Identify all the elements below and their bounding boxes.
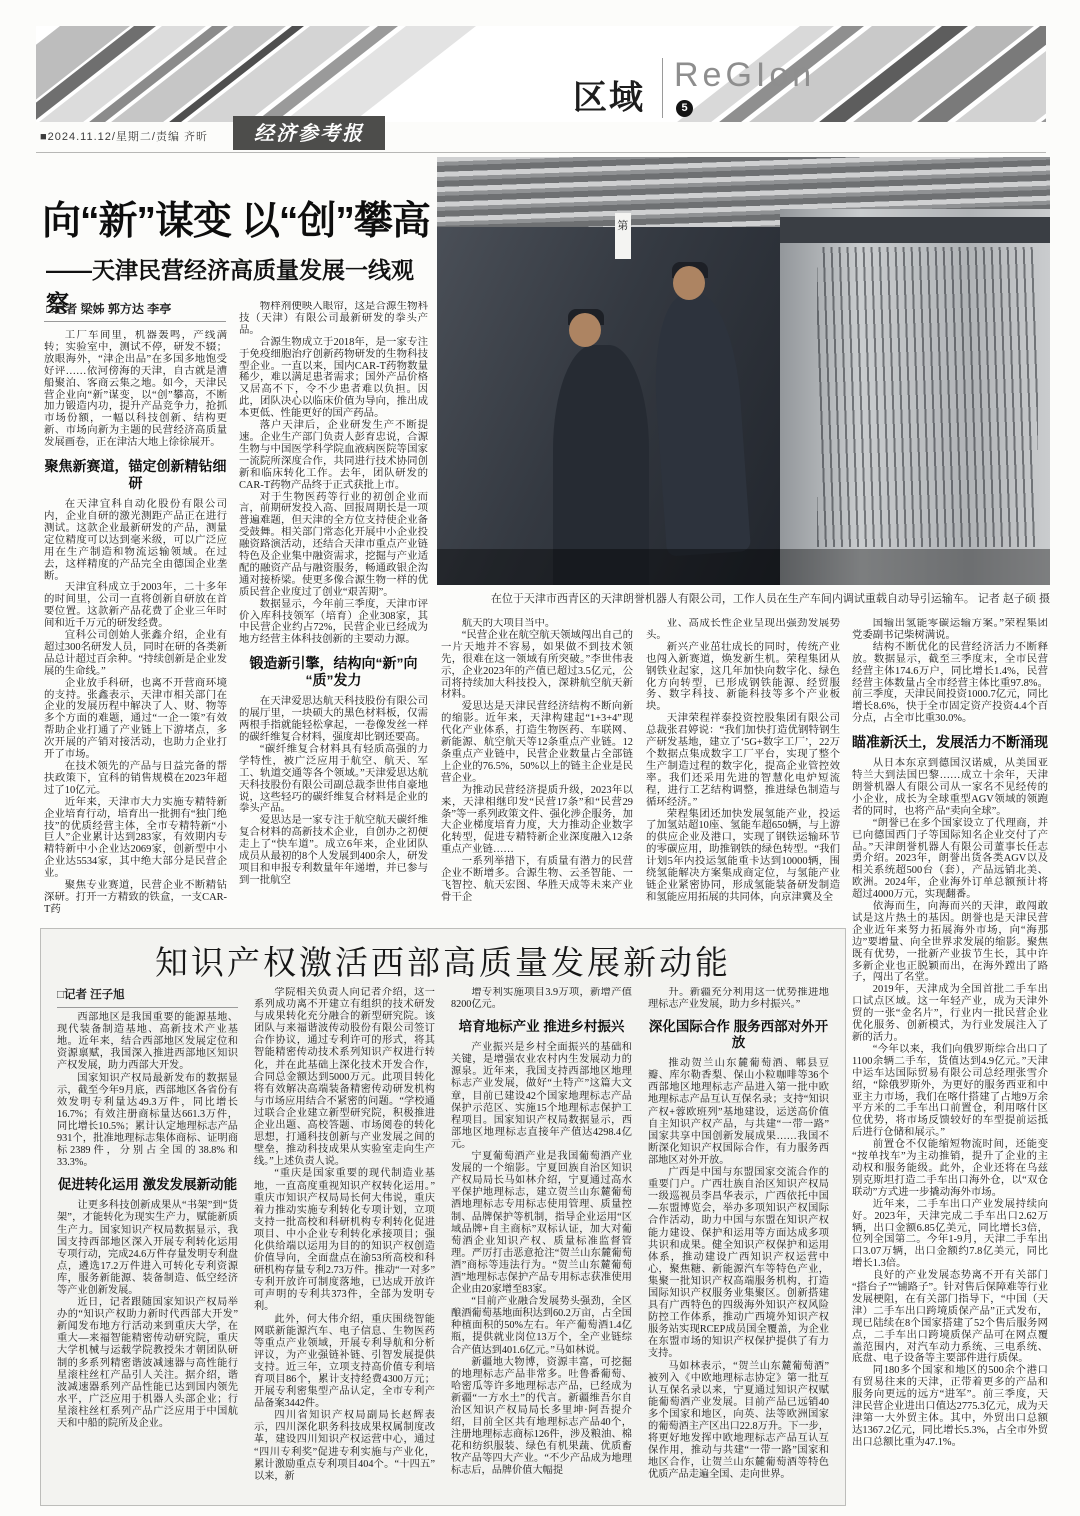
body-paragraph: 在天津爱思达航天科技股份有限公司的展厅里，一块硕大的黑色材料板，仅需两根手指就能… (239, 696, 428, 744)
body-paragraph: 升。新疆充分利用这一优势推进地理标志产业发展，助力乡村振兴。” (648, 987, 829, 1011)
column-subhead: 培育地标产业 推进乡村振兴 (451, 1019, 632, 1035)
article1-column-3: 航天的大项目当中。“民营企业在航空航天领域闯出自己的一片天地并不容易，如果做不到… (441, 618, 633, 927)
date-line: ■2024.11.12/星期二/责编 齐昕 (40, 128, 208, 144)
body-paragraph: 宜科公司创始人张鑫介绍，企业有超过300名研发人员，同时在研的各类新品总计超过百… (44, 630, 227, 678)
body-paragraph: “目前产业融合发展势头强劲，全区酿酒葡萄基地面积达到60.2万亩，占全国种植面积… (451, 1296, 632, 1356)
section-title-en: ReGIon (674, 56, 815, 95)
column-subhead: 瞄准新沃土，发展活力不断涌现 (852, 734, 1048, 751)
photo-caption: 在位于天津市西青区的天津朗誉机器人有限公司，工作人员在生产车间内调试重载自动导引… (437, 590, 1050, 606)
body-paragraph: 依海而生，向海而兴的天津，敢闯敢试是这片热土的基因。朗誉也是天津民营企业近年来努… (852, 901, 1048, 984)
body-paragraph: 荣程集团还加快发展氢能产业，投运了加氢站超10座、氢能车超650辆，与上游的供应… (646, 809, 840, 904)
article1-column-4: 业、高成长性企业呈现出强劲发展势头。新兴产业茁壮成长的同时，传统产业也闯入新赛道… (646, 618, 840, 927)
photo-cabinet-band (780, 217, 1050, 243)
body-paragraph: 良好的产业发展态势离不开有关部门“搭台子”“铺路子”。针对售后保障难等行业发展梗… (852, 1270, 1048, 1365)
body-paragraph: 天津宜科成立于2003年，二十多年的时间里，公司一直将创新自研放在首要位置。这款… (44, 582, 227, 630)
body-paragraph: “碳纤维复合材料具有轻质高强的力学特性，被广泛应用于航空、航天、军工、轨道交通等… (239, 744, 428, 815)
body-paragraph: 推动贺兰山东麓葡萄酒、郫县豆瓣、库尔勒香梨、保山小粒咖啡等36个西部地区地理标志… (648, 1058, 829, 1167)
body-paragraph: 学院相关负责人向记者介绍，这一系列成功离不开建立有组织的技术研发与成果转化充分融… (254, 987, 435, 1168)
body-paragraph: 同180多个国家和地区的500余个港口有贸易往来的天津，正带着更多的产品和服务向… (852, 1365, 1048, 1448)
body-paragraph: 一系列举措下，有质量有潜力的民营企业不断增多。合源生物、云圣智能、一飞智控、航天… (441, 856, 633, 904)
article1-column-5: 国输出氢能零碳运输方案。”荣程集团党委副书记柴树满说。结构不断优化的民营经济活力… (852, 618, 1048, 1506)
header-rule (36, 152, 1046, 153)
body-paragraph: 此外，何大伟介绍，重庆围绕智能网联新能源汽车、电子信息、生物医药等重点产业领域，… (254, 1314, 435, 1411)
body-paragraph: 西部地区是我国重要的能源基地、现代装备制造基地、高新技术产业基地。近年来，结合西… (57, 1012, 238, 1072)
column-subhead: 深化国际合作 服务西部对外开放 (648, 1019, 829, 1051)
body-paragraph: 落户天津后，企业研发生产不断提速。企业生产部门负责人彭育忠说，合源生物与中国医学… (239, 420, 428, 491)
body-paragraph: “重庆是国家重要的现代制造业基地，一直高度重视知识产权转化运用。”重庆市知识产权… (254, 1168, 435, 1313)
body-paragraph: 数据显示，今年前三季度，天津市评价入库科技领军（培育）企业308家，其中民营企业… (239, 599, 428, 647)
photo-worker-head (673, 266, 705, 300)
article2-column-1-body: 西部地区是我国重要的能源基地、现代装备制造基地、高新技术产业基地。近年来，结合西… (57, 1012, 238, 1430)
article2-column-1: □记者 汪子旭 西部地区是我国重要的能源基地、现代装备制造基地、高新技术产业基地… (57, 987, 238, 1495)
article2-headline: 知识产权激活西部高质量发展新动能 (41, 937, 845, 984)
column-subhead: 锻造新引擎，结构向“新”向“质”发力 (239, 655, 428, 689)
body-paragraph: 对于生物医药等行业的初创企业而言，前期研发投入高、回报周期长是一项普遍难题，但天… (239, 492, 428, 599)
body-paragraph: 天津荣程祥泰投资控股集团有限公司总裁张君婷说：“我们加快打造优钢特钢生产研发基地… (646, 713, 840, 808)
section-divider (662, 58, 663, 118)
body-paragraph: 前置仓不仅能缩短物流时间，还能变“按单找车”为主动推销，提升了企业的主动权和服务… (852, 1139, 1048, 1199)
article1-headline: 向“新”谋变 以“创”攀高 (42, 190, 434, 246)
body-paragraph: 从日本东京到德国汉诺威，从美国亚特兰大到法国巴黎……成立十余年，天津朗誉机器人有… (852, 758, 1048, 818)
section-title-cn: 区域 (573, 70, 645, 119)
body-paragraph: 近日，记者跟随国家知识产权局举办的“知识产权助力新时代西部大开发”新闻发布地方行… (57, 1297, 238, 1430)
body-paragraph: 马如林表示，“贺兰山东麓葡萄酒”被列入《中欧地理标志协定》第一批互认互保名录以来… (648, 1361, 829, 1482)
body-paragraph: 广西是中国与东盟国家交流合作的重要门户。广西壮族自治区知识产权局一级巡视员李昌华… (648, 1167, 829, 1361)
body-paragraph: 新兴产业茁壮成长的同时，传统产业也闯入新赛道，焕发新生机。荣程集团从钢铁业起家，… (646, 642, 840, 713)
body-paragraph: 宁夏葡萄酒产业是我国葡萄酒产业发展的一个缩影。宁夏回族自治区知识产权局局长马如林… (451, 1151, 632, 1296)
news-photo: 第 (437, 157, 1050, 585)
body-paragraph: 让更多科技创新成果从“书架”到“货架”，才能转化为现实生产力，赋能新质生产力。国… (57, 1200, 238, 1297)
body-paragraph: 国家知识产权局最新发布的数据显示，截至今年9月底，西部地区各省份有效发明专利量达… (57, 1073, 238, 1170)
banner-graphic: 区域 ReGIon 5 (36, 26, 1046, 122)
article1-byline: □记者 梁姊 郭方达 李亭 (46, 300, 226, 317)
photo-floor-shadow (437, 549, 1050, 585)
photo-wires (817, 247, 1038, 547)
body-paragraph: 近年来，二手车出口产业发展持续向好。2023年，天津完成二手车出口2.62万辆，… (852, 1199, 1048, 1270)
body-paragraph: 增专利实施项目3.9万项，新增产值8200亿元。 (451, 987, 632, 1011)
article1-column-1: 工厂车间里，机器轰鸣，产线满转；实验室中，测试不停，研发不辍；放眼海外，“津企出… (44, 330, 227, 927)
body-paragraph: 2019年，天津成为全国首批二手车出口试点区域。这一年轻产业，成为天津外贸的一张… (852, 984, 1048, 1044)
body-paragraph: 国输出氢能零碳运输方案。”荣程集团党委副书记柴树满说。 (852, 618, 1048, 642)
body-paragraph: 合源生物成立于2018年，是一家专注于免疫细胞治疗创新药物研发的生物科技型企业。… (239, 337, 428, 420)
column-subhead: 聚焦新赛道，锚定创新精钻细研 (44, 458, 227, 492)
column-subhead: 促进转化运用 激发发展新动能 (57, 1177, 238, 1193)
article2-column-2: 学院相关负责人向记者介绍，这一系列成功离不开建立有组织的技术研发与成果转化充分融… (254, 987, 435, 1495)
body-paragraph: 四川省知识产权局副局长赵辉表示，四川深化职务科技成果权属制度改革，建设四川知识产… (254, 1410, 435, 1483)
article2-column-4: 升。新疆充分利用这一优势推进地理标志产业发展，助力乡村振兴。”深化国际合作 服务… (648, 987, 829, 1495)
body-paragraph: 物样剂便映入眼帘，这是合源生物科技（天津）有限公司最新研发的拳头产品。 (239, 301, 428, 337)
body-paragraph: 企业放手科研，也离不开营商环境的支持。张鑫表示，天津市相关部门在企业的发展历程中… (44, 678, 227, 761)
body-paragraph: 聚焦专业赛道，民营企业不断精钻深研。打开一方精致的铁盒，一支CAR-T药 (44, 880, 227, 916)
article2-column-3: 增专利实施项目3.9万项，新增产值8200亿元。培育地标产业 推进乡村振兴产业振… (451, 987, 632, 1495)
newspaper-page: 区域 ReGIon 5 ■2024.11.12/星期二/责编 齐昕 经济参考报 … (0, 0, 1080, 1516)
article2-box: 知识产权激活西部高质量发展新动能 □记者 汪子旭 西部地区是我国重要的能源基地、… (40, 928, 846, 1506)
byline-rule (44, 321, 226, 322)
body-paragraph: 结构不断优化的民营经济活力不断释放。数据显示，截至三季度末，全市民营经营主体17… (852, 642, 1048, 725)
body-paragraph: 在天津宜科自动化股份有限公司内，企业自研的激光测距产品正在进行测试。这款企业最新… (44, 499, 227, 582)
body-paragraph: 为推动民营经济提质升级，2023年以来，天津相继印发“民营17条”和“民营29条… (441, 785, 633, 856)
body-paragraph: 业、高成长性企业呈现出强劲发展势头。 (646, 618, 840, 642)
body-paragraph: “朗誉已在多个国家设立了代理商，并已向德国西门子等国际知名企业交付了产品。”天津… (852, 818, 1048, 901)
body-paragraph: “今年以来，我们向俄罗斯综合出口了1100余辆二手车，货值达到4.9亿元。”天津… (852, 1044, 1048, 1139)
body-paragraph: 工厂车间里，机器轰鸣，产线满转；实验室中，测试不停，研发不辍；放眼海外，“津企出… (44, 330, 227, 449)
body-paragraph: 新疆地大物博，资源丰富，可挖掘的地理标志产品非常多。吐鲁番葡萄、哈密瓜等许多地理… (451, 1357, 632, 1478)
masthead-logo: 经济参考报 (233, 116, 385, 150)
body-paragraph: 产业振兴是乡村全面振兴的基础和关键，是增强农业农村内生发展动力的源泉。近年来，我… (451, 1042, 632, 1151)
body-paragraph: 爱思达是天津民营经济结构不断向新的缩影。近年来，天津构建起“1+3+4”现代化产… (441, 701, 633, 784)
body-paragraph: 航天的大项目当中。 (441, 618, 633, 630)
article2-byline: □记者 汪子旭 (57, 989, 238, 1008)
article1-column-2: 物样剂便映入眼帘，这是合源生物科技（天津）有限公司最新研发的拳头产品。合源生物成… (239, 301, 428, 927)
photo-label-tag: 第 (615, 213, 631, 259)
body-paragraph: 近年来，天津市大力实施专精特新企业培育行动，培育出一批拥有“独门绝技”的优质经营… (44, 797, 227, 880)
body-paragraph: 爱思达是一家专注于航空航天碳纤维复合材料的高新技术企业，自创办之初便走上了“快车… (239, 815, 428, 886)
page-number-badge: 5 (676, 100, 693, 117)
body-paragraph: “民营企业在航空航天领域闯出自己的一片天地并不容易，如果做不到技术领先，很难在这… (441, 630, 633, 701)
body-paragraph: 在技术领先的产品与日益完备的帮扶政策下，宜科的销售规模在2023年超过了10亿元… (44, 761, 227, 797)
photo-worker-head (569, 313, 601, 347)
